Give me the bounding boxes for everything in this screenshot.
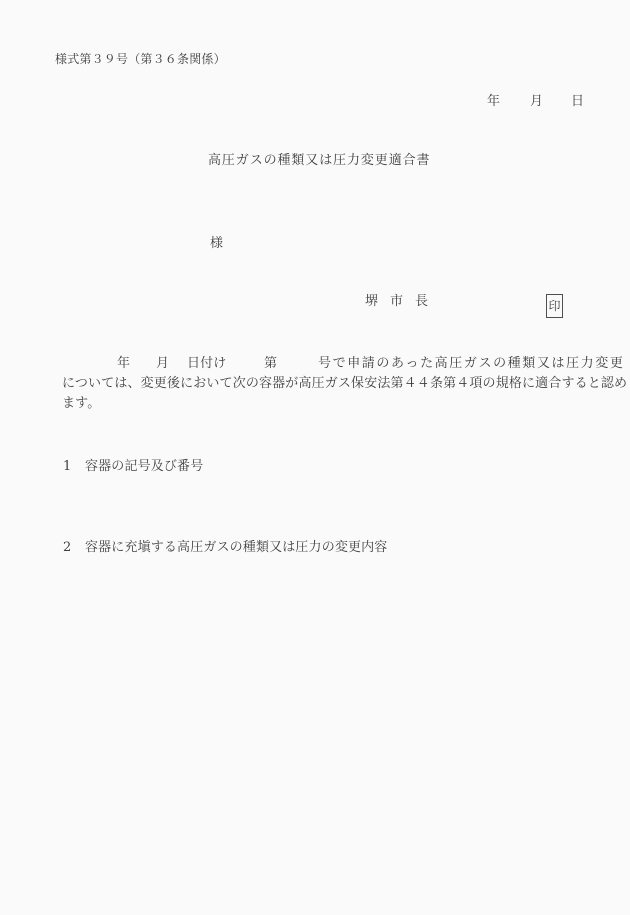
seal-mark-box: 印 [546, 294, 563, 318]
issuer-name-part-3: 長 [415, 295, 428, 310]
document-page: 様式第３９号（第３６条関係） 年 月 日 高圧ガスの種類又は圧力変更適合書 様 … [0, 0, 630, 915]
issuer-name-part-2: 市 [390, 295, 403, 310]
issue-date-year-label: 年 [487, 95, 500, 110]
item-2-number: 2 [63, 541, 71, 556]
body-line1-text: 号で申請のあった高圧ガスの種類又は圧力変更 [318, 357, 624, 372]
body-month-label: 月 [156, 357, 169, 372]
addressee-honorific: 様 [210, 237, 223, 252]
issuer-name-part-1: 堺 [365, 295, 378, 310]
item-1-label: 容器の記号及び番号 [85, 460, 203, 475]
body-line2-text: については、変更後において次の容器が高圧ガス保安法第４４条第４項の規格に適合する… [62, 377, 627, 392]
seal-mark-label: 印 [548, 300, 560, 312]
document-title: 高圧ガスの種類又は圧力変更適合書 [208, 154, 430, 169]
form-number: 様式第３９号（第３６条関係） [55, 53, 226, 67]
body-line3-text: ます。 [62, 397, 100, 412]
body-year-label: 年 [117, 357, 130, 372]
item-1-number: 1 [63, 460, 71, 475]
item-2-label: 容器に充塡する高圧ガスの種類又は圧力の変更内容 [85, 541, 387, 556]
body-number-prefix: 第 [264, 357, 277, 372]
body-date-suffix: 日付け [187, 357, 226, 372]
issue-date-month-label: 月 [530, 95, 543, 110]
issue-date-day-label: 日 [571, 95, 584, 110]
